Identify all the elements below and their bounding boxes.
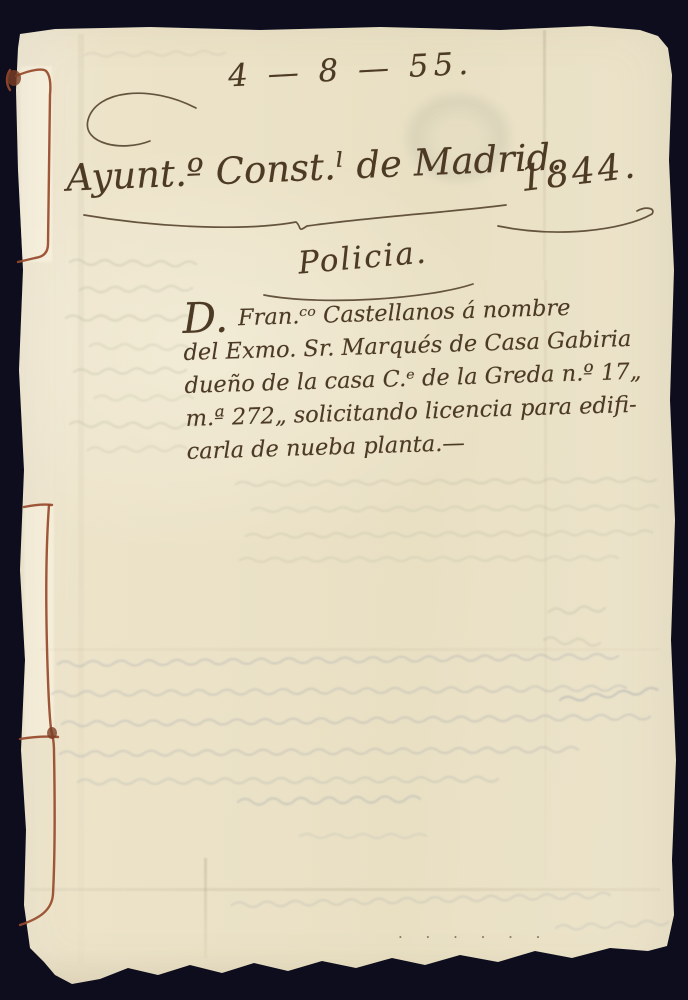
binding-guard-strip-top (20, 66, 52, 262)
fold-crease-vertical-bottom (204, 858, 207, 958)
fold-crease-horizontal-low (30, 888, 660, 891)
binding-guard-strip-bottom (24, 505, 54, 737)
petition-summary: D.Fran.ᶜᵒ Castellanos á nombre del Exmo.… (182, 290, 644, 469)
ink-dots: · · · · · · (398, 928, 549, 946)
scan-background: 4 — 8 — 55. Ayunt.º Const.ˡ de Madrid. 1… (0, 0, 688, 1000)
fold-crease-horizontal-mid (40, 648, 660, 651)
